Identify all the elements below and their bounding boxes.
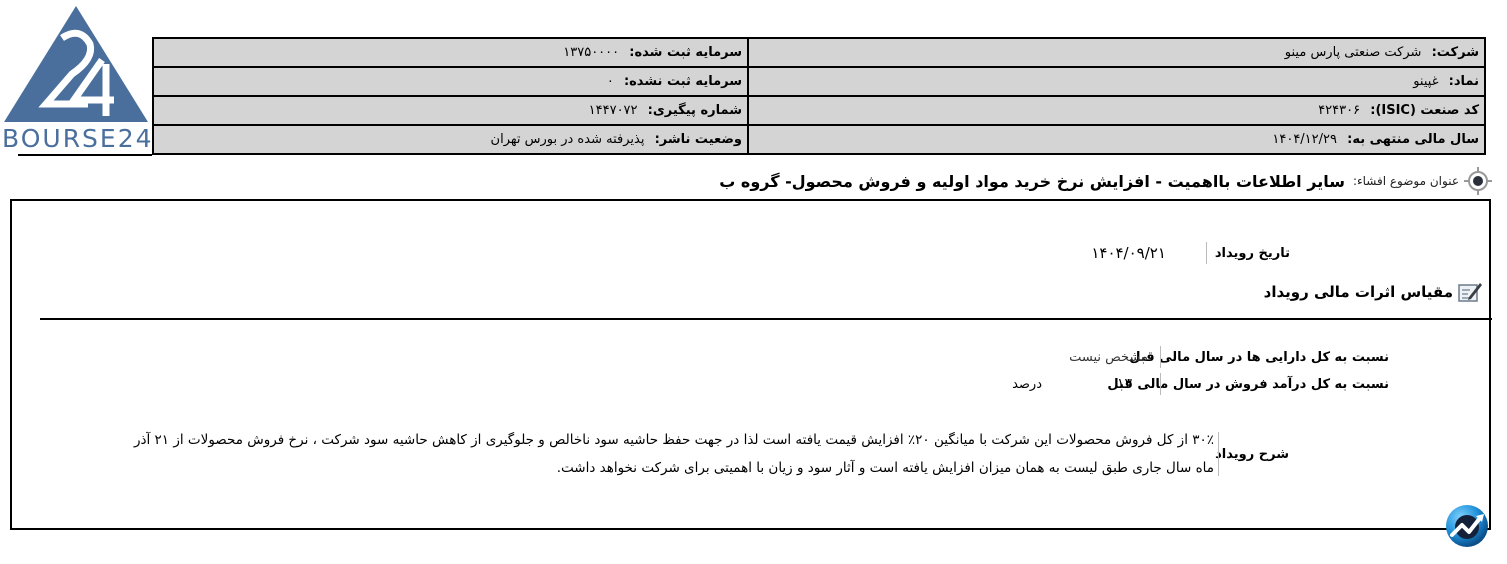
publisher-status-cell: وضعیت ناشر: پذیرفته شده در بورس تهران xyxy=(153,125,748,154)
info-row: کد صنعت (ISIC): ۴۲۴۳۰۶ شماره پیگیری: ۱۴۴… xyxy=(153,96,1485,125)
trend-logo-icon[interactable] xyxy=(1444,503,1490,549)
fiscal-year-end: ۱۴۰۴/۱۲/۲۹ xyxy=(1272,132,1337,147)
ratio-row: نسبت به کل درآمد فروش در سال مالی قبل ۱۳… xyxy=(1012,373,1389,395)
financial-impact-heading: مقیاس اثرات مالی رویداد xyxy=(1264,280,1483,304)
ratio-value: مشخص نیست xyxy=(1069,350,1148,365)
ratio-unit: درصد xyxy=(1012,377,1042,392)
subject-title: سایر اطلاعات بااهمیت - افزایش نرخ خرید م… xyxy=(719,172,1345,191)
info-row: سال مالی منتهی به: ۱۴۰۴/۱۲/۲۹ وضعیت ناشر… xyxy=(153,125,1485,154)
event-date-row: تاریخ رویداد ۱۴۰۴/۰۹/۲۱ xyxy=(1091,242,1290,264)
symbol: غپینو xyxy=(1413,74,1438,89)
event-description-text: ۳۰٪ از کل فروش محصولات این شرکت با میانگ… xyxy=(124,426,1214,482)
ratio-label: نسبت به کل درآمد فروش در سال مالی قبل xyxy=(1169,377,1389,392)
separator xyxy=(1160,373,1161,395)
isic-cell: کد صنعت (ISIC): ۴۲۴۳۰۶ xyxy=(748,96,1485,125)
isic-code: ۴۲۴۳۰۶ xyxy=(1318,103,1360,118)
financial-impact-title: مقیاس اثرات مالی رویداد xyxy=(1264,283,1453,301)
unregistered-capital: ۰ xyxy=(607,74,614,89)
separator xyxy=(1206,242,1207,264)
company-info-table: شرکت: شرکت صنعتی پارس مینو سرمایه ثبت شد… xyxy=(152,37,1486,155)
unregistered-capital-cell: سرمایه ثبت نشده: ۰ xyxy=(153,67,748,96)
publisher-status: پذیرفته شده در بورس تهران xyxy=(491,132,645,147)
symbol-cell: نماد: غپینو xyxy=(748,67,1485,96)
ratio-row: نسبت به کل دارایی ها در سال مالی قبل مشخ… xyxy=(1069,346,1389,368)
section-divider xyxy=(40,318,1492,320)
target-icon xyxy=(1463,166,1493,196)
tracking-number: ۱۴۴۷۰۷۲ xyxy=(589,103,638,118)
info-row: نماد: غپینو سرمایه ثبت نشده: ۰ xyxy=(153,67,1485,96)
company-name-cell: شرکت: شرکت صنعتی پارس مینو xyxy=(748,38,1485,67)
edit-note-icon xyxy=(1457,280,1483,304)
fiscal-year-cell: سال مالی منتهی به: ۱۴۰۴/۱۲/۲۹ xyxy=(748,125,1485,154)
subject-label: عنوان موضوع افشاء: xyxy=(1353,174,1459,188)
logo-underline xyxy=(18,154,152,156)
bourse24-logo: BOURSE24 xyxy=(0,2,152,152)
registered-capital: ۱۳۷۵۰۰۰۰ xyxy=(563,45,619,60)
ratio-value: ۱۳ xyxy=(1072,376,1132,392)
info-row: شرکت: شرکت صنعتی پارس مینو سرمایه ثبت شد… xyxy=(153,38,1485,67)
registered-capital-cell: سرمایه ثبت شده: ۱۳۷۵۰۰۰۰ xyxy=(153,38,748,67)
separator xyxy=(1160,346,1161,368)
tracking-number-cell: شماره پیگیری: ۱۴۴۷۰۷۲ xyxy=(153,96,748,125)
disclosure-subject: عنوان موضوع افشاء: سایر اطلاعات بااهمیت … xyxy=(719,166,1493,196)
event-description-row: شرح رویداد ۳۰٪ از کل فروش محصولات این شر… xyxy=(124,426,1289,482)
event-description-label: شرح رویداد xyxy=(1219,447,1289,462)
triangle-24-logo-icon xyxy=(2,4,150,124)
event-date-value: ۱۴۰۴/۰۹/۲۱ xyxy=(1091,244,1166,262)
logo-text: BOURSE24 xyxy=(2,124,154,153)
event-date-label: تاریخ رویداد xyxy=(1215,246,1290,261)
separator xyxy=(1218,432,1219,476)
company-name: شرکت صنعتی پارس مینو xyxy=(1285,45,1422,60)
ratio-label: نسبت به کل دارایی ها در سال مالی قبل xyxy=(1169,350,1389,365)
